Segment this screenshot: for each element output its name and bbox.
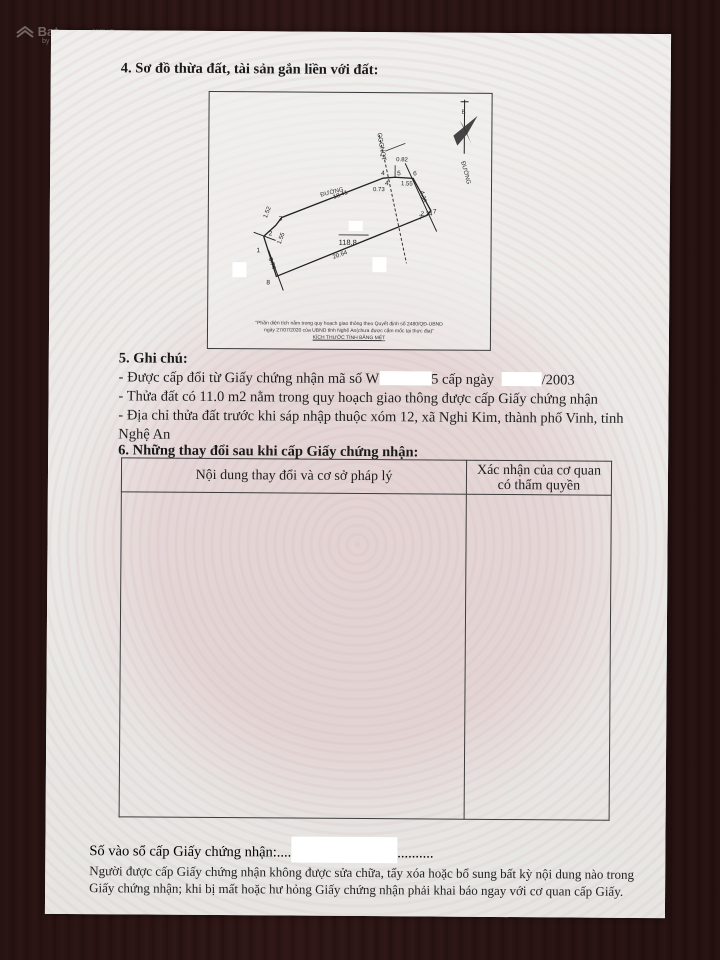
changes-table: Nội dung thay đổi và cơ sở pháp lý Xác n… (119, 457, 613, 820)
svg-text:1: 1 (257, 247, 261, 254)
section-4-title: 4. Sơ đồ thừa đất, tài sản gắn liền với … (121, 60, 379, 79)
svg-text:0.73: 0.73 (373, 187, 385, 193)
note-line-2: - Thửa đất có 11.0 m2 nằm trong quy hoạc… (118, 388, 598, 408)
section-5-title: 5. Ghi chú: (119, 350, 188, 367)
note-line-1: - Được cấp đổi từ Giấy chứng nhận mã số … (119, 369, 575, 389)
svg-text:1.52: 1.52 (263, 205, 273, 219)
column-header-line: có thẩm quyền (468, 477, 610, 493)
diagram-footnote: "Phần diện tích nằm trong quy hoạch giao… (208, 320, 490, 343)
svg-text:4: 4 (381, 170, 385, 177)
column-header-confirmation: Xác nhận của cơ quan có thẩm quyền (466, 460, 611, 495)
footer-note: Người được cấp Giấy chứng nhận không đượ… (89, 862, 634, 900)
changes-content-cell (119, 492, 466, 819)
svg-text:1.55: 1.55 (401, 181, 413, 187)
svg-text:3: 3 (279, 215, 283, 222)
svg-text:8: 8 (266, 279, 270, 286)
svg-text:0.82: 0.82 (396, 157, 408, 163)
registry-trailing: .......... (397, 845, 433, 861)
north-arrow-icon (453, 100, 477, 154)
svg-text:7: 7 (433, 209, 437, 216)
redacted-registry-number (291, 837, 397, 864)
svg-text:ĐƯỜNG: ĐƯỜNG (459, 160, 472, 185)
svg-text:CGCNQT: CGCNQT (375, 132, 387, 161)
note-line-3: - Địa chỉ thửa đất trước khi sáp nhập th… (118, 407, 623, 428)
svg-text:4.38: 4.38 (418, 190, 427, 203)
redacted-neighbor-left (232, 262, 246, 277)
svg-text:1.55: 1.55 (277, 231, 287, 245)
redacted-issue-date (502, 372, 542, 386)
svg-text:2: 2 (269, 230, 273, 237)
north-label: B (462, 110, 466, 116)
note-line-4: Nghệ An (118, 426, 170, 443)
svg-text:2.34: 2.34 (421, 211, 433, 217)
registry-label: Số vào sổ cấp Giấy chứng nhận:.... (89, 843, 291, 860)
svg-text:118.8: 118.8 (339, 238, 357, 247)
note-1-middle: 5 cấp ngày (431, 372, 494, 388)
footer-note-line: Giấy chứng nhận; khi bị mất hoặc hư hỏng… (89, 879, 634, 900)
note-1-prefix: - Được cấp đổi từ Giấy chứng nhận mã số … (119, 369, 380, 387)
redacted-certificate-code (379, 371, 431, 385)
svg-text:20.64: 20.64 (332, 250, 349, 261)
confirmation-cell (464, 494, 611, 820)
svg-text:5: 5 (397, 170, 401, 177)
brand-logo-icon (16, 26, 34, 40)
land-plot-diagram: B CGCNQT ĐƯỜNG ĐƯỜNG 1 2 3 4 4' 5 6 (207, 91, 493, 351)
redacted-neighbor-bottom (372, 257, 386, 272)
svg-text:6: 6 (413, 170, 417, 177)
registry-number-line: Số vào sổ cấp Giấy chứng nhận:..........… (89, 835, 433, 863)
column-header-content: Nội dung thay đổi và cơ sở pháp lý (121, 458, 466, 494)
svg-text:4': 4' (385, 180, 390, 187)
redacted-plot-number (349, 221, 363, 231)
column-header-line: Xác nhận của cơ quan (468, 462, 610, 478)
note-1-suffix: /2003 (542, 372, 575, 388)
certificate-page: 4. Sơ đồ thừa đất, tài sản gắn liền với … (45, 30, 671, 918)
